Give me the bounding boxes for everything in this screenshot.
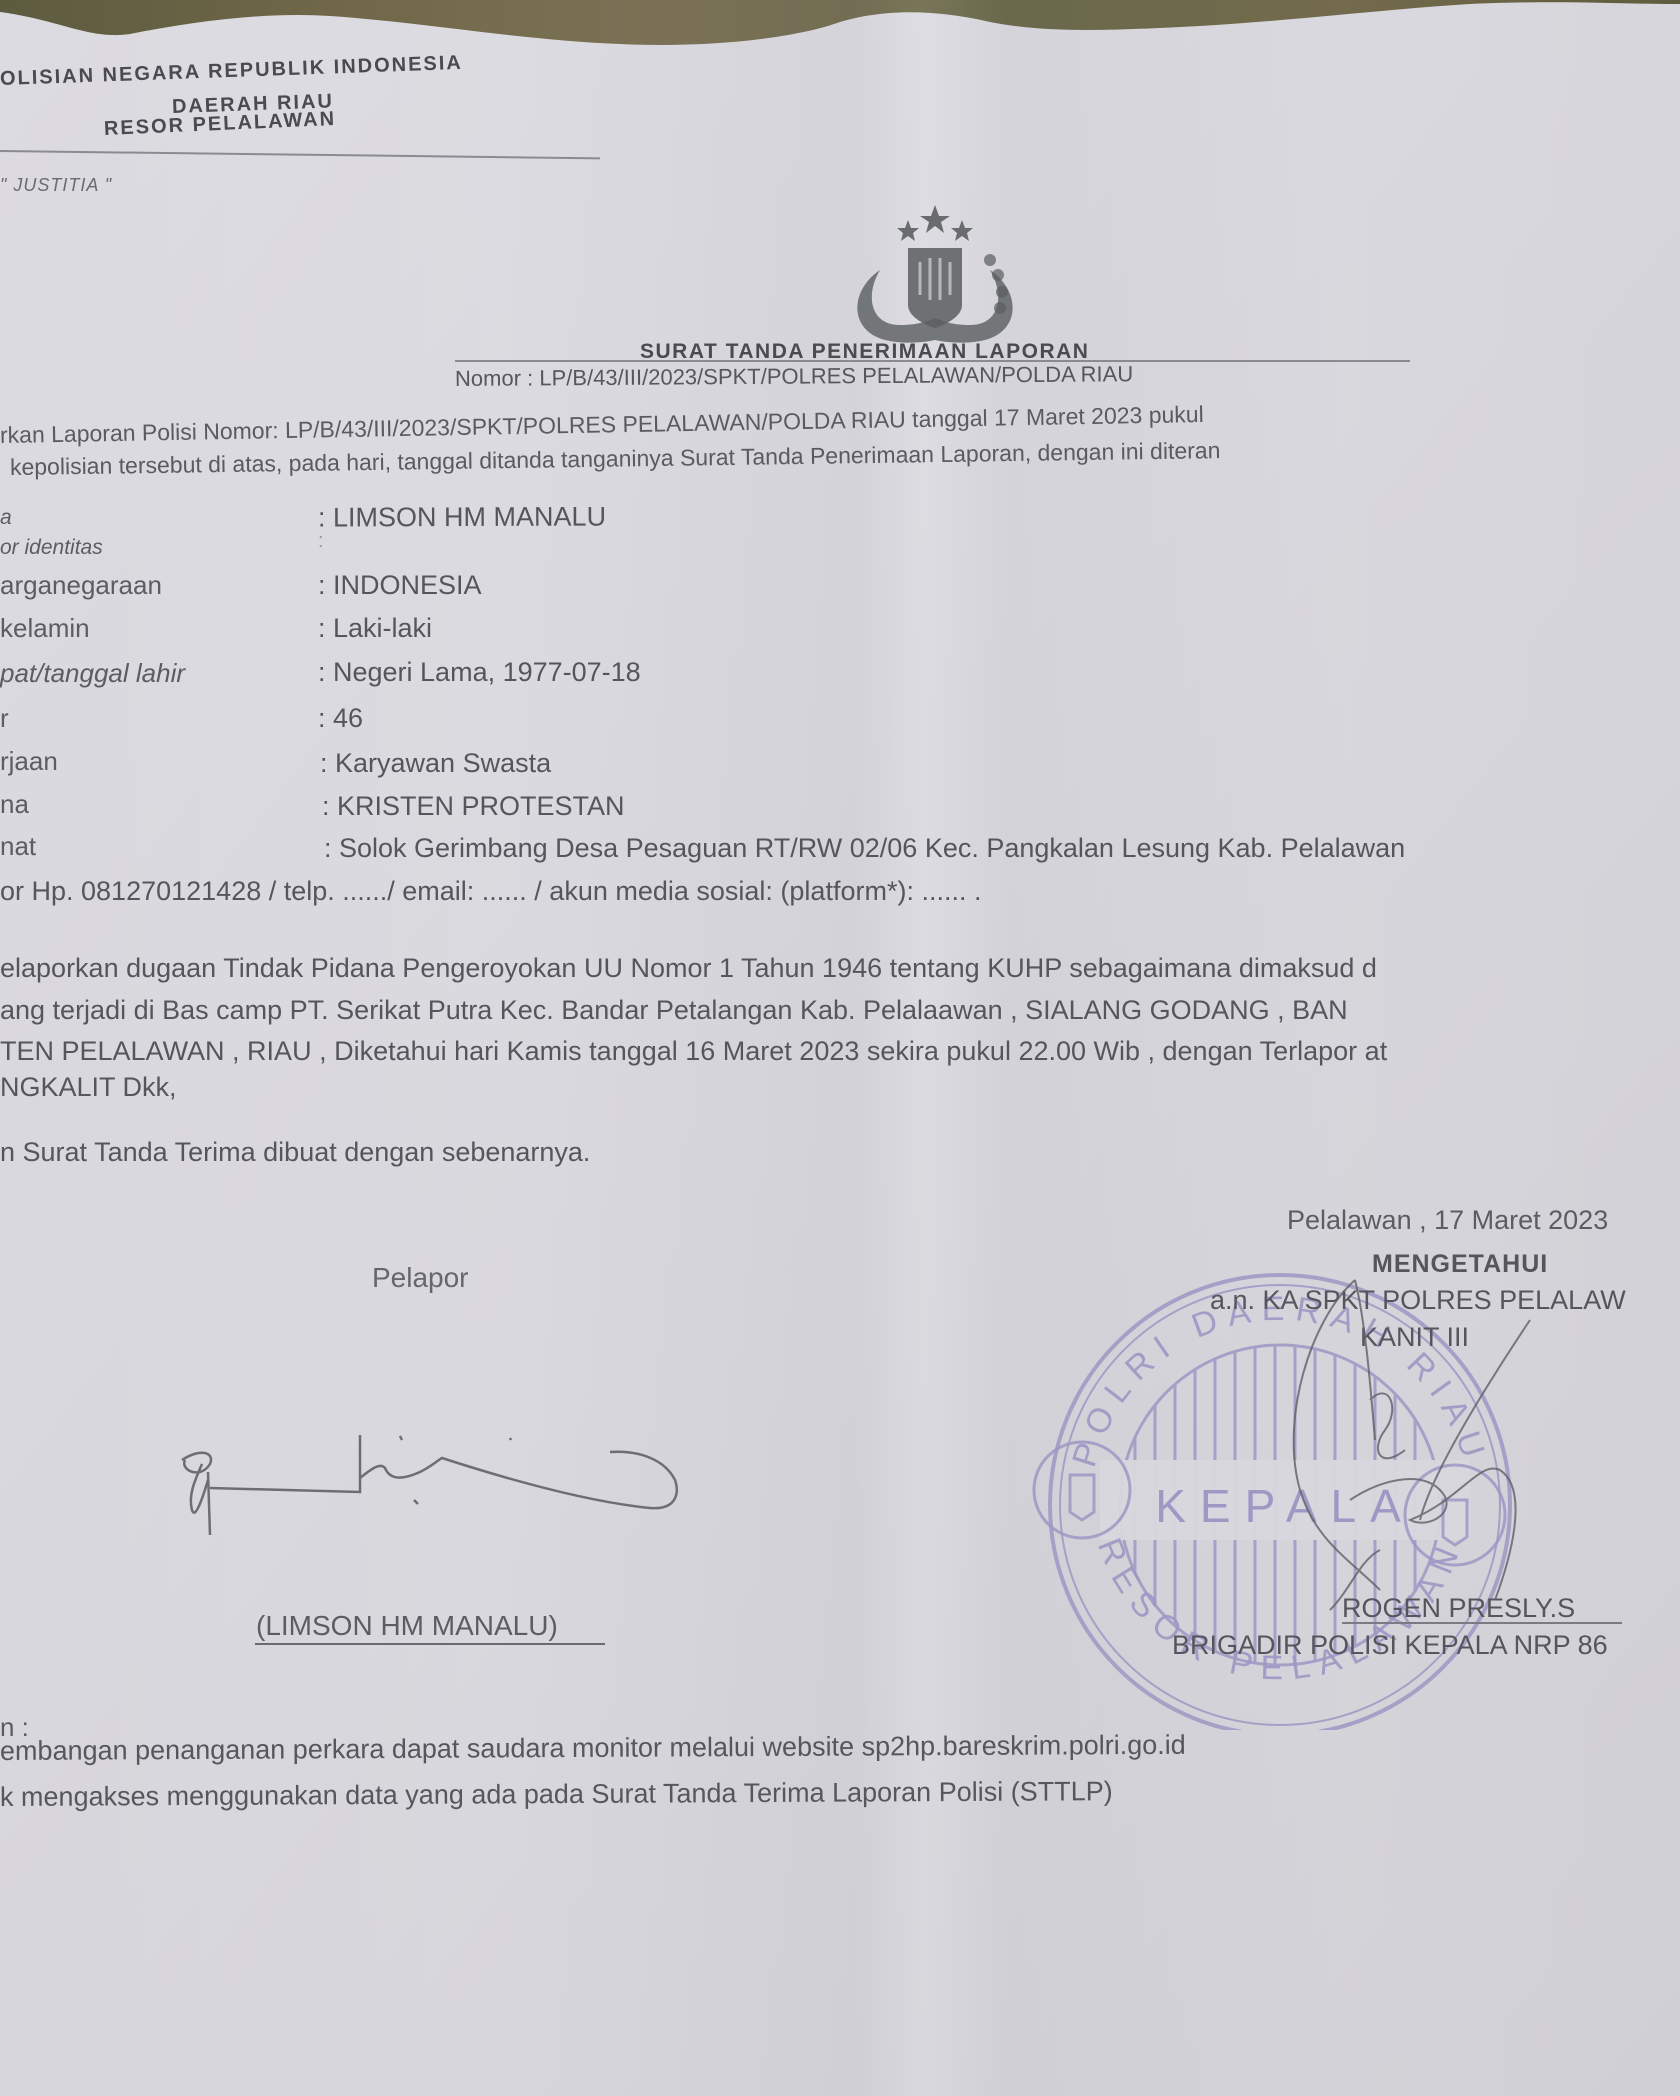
field-label-citizenship: arganegaraan bbox=[0, 570, 162, 601]
field-label-religion: na bbox=[0, 789, 29, 820]
reporter-signature bbox=[170, 1400, 710, 1560]
motto: " JUSTITIA " bbox=[0, 175, 112, 196]
field-value-address: : Solok Gerimbang Desa Pesaguan RT/RW 02… bbox=[324, 833, 1405, 864]
report-body-line-3: TEN PELALAWAN , RIAU , Diketahui hari Ka… bbox=[0, 1036, 1387, 1067]
document-number: Nomor : LP/B/43/III/2023/SPKT/POLRES PEL… bbox=[455, 361, 1133, 392]
field-label-birth: pat/tanggal lahir bbox=[0, 658, 185, 689]
field-value-occupation: : Karyawan Swasta bbox=[320, 748, 551, 779]
notes-line-2: k mengakses menggunakan data yang ada pa… bbox=[0, 1776, 1113, 1813]
field-value-name: : LIMSON HM MANALU bbox=[318, 501, 606, 533]
place-date: Pelalawan , 17 Maret 2023 bbox=[1287, 1205, 1608, 1236]
report-body-line-4: NGKALIT Dkk, bbox=[0, 1072, 177, 1103]
field-label-occupation: rjaan bbox=[0, 746, 58, 777]
report-body-line-1: elaporkan dugaan Tindak Pidana Pengeroyo… bbox=[0, 953, 1377, 984]
field-value-gender: : Laki-laki bbox=[318, 613, 432, 644]
field-label-address: nat bbox=[0, 831, 36, 862]
contact-line: or Hp. 081270121428 / telp. ....../ emai… bbox=[0, 876, 981, 907]
notes-line-1: embangan penanganan perkara dapat saudar… bbox=[0, 1730, 1186, 1767]
reporter-label: Pelapor bbox=[372, 1262, 469, 1294]
field-value-religion: : KRISTEN PROTESTAN bbox=[322, 791, 625, 822]
report-body-line-2: ang terjadi di Bas camp PT. Serikat Putr… bbox=[0, 995, 1348, 1026]
police-emblem-icon bbox=[840, 200, 1030, 350]
closing-statement: n Surat Tanda Terima dibuat dengan seben… bbox=[0, 1137, 590, 1168]
field-value-birth: : Negeri Lama, 1977-07-18 bbox=[318, 657, 641, 688]
field-value-age: : 46 bbox=[318, 703, 363, 734]
field-label-gender: kelamin bbox=[0, 613, 90, 644]
reporter-name-underline bbox=[255, 1643, 605, 1645]
field-label-age: r bbox=[0, 703, 9, 734]
field-value-citizenship: : INDONESIA bbox=[318, 570, 482, 601]
field-value-id-number: : bbox=[318, 530, 324, 553]
officer-signature bbox=[1270, 1260, 1600, 1640]
reporter-name: (LIMSON HM MANALU) bbox=[256, 1610, 558, 1642]
field-label-id-number: or identitas bbox=[0, 536, 103, 560]
field-label-name: a bbox=[0, 506, 12, 530]
